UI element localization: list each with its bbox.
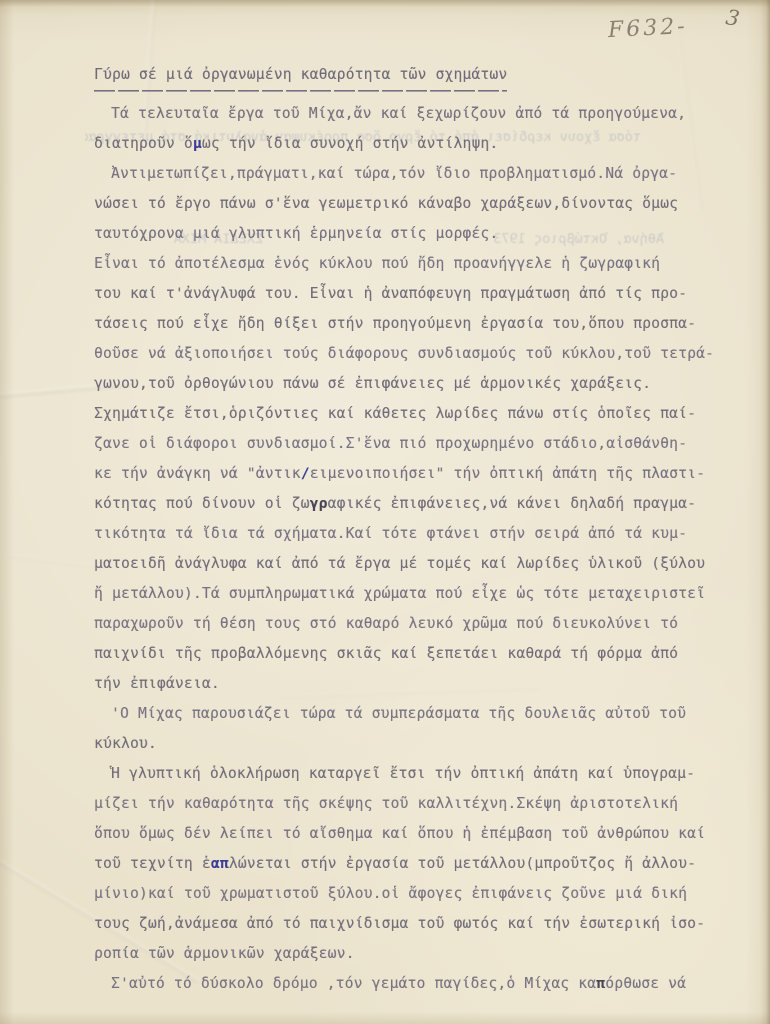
blue-ink-correction: απ bbox=[211, 855, 229, 872]
typed-line: ὅπου ὅμως δέν λείπει τό αἴσθημα καί ὅπου… bbox=[94, 819, 754, 849]
blue-ink-correction: μ bbox=[193, 135, 202, 152]
typed-line: τάσεις πού εἶχε ἤδη θίξει στήν προηγούμε… bbox=[94, 309, 754, 339]
typed-lines: Τά τελευταῖα ἔργα τοῦ Μίχα,ἄν καί ξεχωρί… bbox=[94, 99, 754, 999]
typed-line: θοῦσε νά ἀξιοποιήσει τούς διάφορους συνδ… bbox=[94, 339, 754, 369]
typed-line: κότητας πού δίνουν οἱ ζωγραφικές ἐπιφάνε… bbox=[94, 489, 754, 519]
typed-line: ταυτόχρονα μιά γλυπτική ἑρμηνεία στίς μο… bbox=[94, 219, 754, 249]
typed-line: γωνου,τοῦ ὀρθογώνιου πάνω σέ ἐπιφάνειες … bbox=[94, 369, 754, 399]
typed-line: 'Ο Μίχας παρουσιάζει τώρα τά συμπεράσματ… bbox=[94, 699, 754, 729]
overstruck-character: π bbox=[596, 975, 605, 992]
typed-line: παιχνίδι τῆς προβαλλόμενης σκιᾶς καί ξεπ… bbox=[94, 639, 754, 669]
typed-line: τικότητα τά ἴδια τά σχήματα.Καί τότε φτά… bbox=[94, 519, 754, 549]
typed-line: Ἡ γλυπτική ὁλοκλήρωση καταργεῖ ἔτσι τήν … bbox=[94, 759, 754, 789]
typed-line: κε τήν ἀνάγκη νά "ἀντικ/ειμενοιποιήσει" … bbox=[94, 459, 754, 489]
typed-line: μίνιο)καί τοῦ χρωματιστοῦ ξύλου.οἱ ἄφογε… bbox=[94, 879, 754, 909]
typed-line: νώσει τό ἔργο πάνω σ'ἕνα γεωμετρικό κάνα… bbox=[94, 189, 754, 219]
typed-line: τήν ἐπιφάνεια. bbox=[94, 669, 754, 699]
typed-line: Εἶναι τό ἀποτέλεσμα ἑνός κύκλου πού ἤδη … bbox=[94, 249, 754, 279]
typed-line: του καί τ'ἀνάγλυφά του. Εἶναι ἡ ἀναπόφευ… bbox=[94, 279, 754, 309]
typed-line: ζανε οἱ διάφοροι συνδιασμοί.Σ'ἕνα πιό πρ… bbox=[94, 429, 754, 459]
typed-line: Σχημάτιζε ἔτσι,ὁριζόντιες καί κάθετες λω… bbox=[94, 399, 754, 429]
typed-line: μίζει τήν καθαρότητα τῆς σκέψης τοῦ καλλ… bbox=[94, 789, 754, 819]
typed-line: ματοειδῆ ἀνάγλυφα καί ἀπό τά ἔργα μέ τομ… bbox=[94, 549, 754, 579]
blue-ink-correction: / bbox=[301, 465, 310, 482]
overstruck-character: γρ bbox=[310, 495, 328, 512]
typed-line: παραχωροῦν τή θέση τους στό καθαρό λευκό… bbox=[94, 609, 754, 639]
typed-line: τοῦ τεχνίτη ἑαπλώνεται στήν ἐργασία τοῦ … bbox=[94, 849, 754, 879]
document-title: Γύρω σέ μιά ὀργανωμένη καθαρότητα τῶν σχ… bbox=[94, 64, 507, 92]
typed-line: κύκλου. bbox=[94, 729, 754, 759]
paper-crease bbox=[6, 554, 106, 569]
typed-line: ἤ μετάλλου).Τά συμπληρωματικά χρώματα πο… bbox=[94, 579, 754, 609]
archive-code-annotation: F632- bbox=[607, 14, 688, 43]
typed-line: διατηροῦν ὅμως τήν ἴδια συνοχή στήν ἀντί… bbox=[94, 129, 754, 159]
typed-line: Ἀντιμετωπίζει,πράγματι,καί τώρα,τόν ἴδιο… bbox=[94, 159, 754, 189]
typed-line: τους ζωή,ἀνάμεσα ἀπό τό παιχνίδισμα τοῦ … bbox=[94, 909, 754, 939]
typewritten-page: F632- 3 Γύρω σέ μιά ὀργανωμένη καθαρότητ… bbox=[0, 0, 770, 1024]
page-number-annotation: 3 bbox=[724, 5, 741, 31]
typed-line: Σ'αὐτό τό δύσκολο δρόμο ,τόν γεμάτο παγί… bbox=[94, 969, 754, 999]
typed-line: Τά τελευταῖα ἔργα τοῦ Μίχα,ἄν καί ξεχωρί… bbox=[94, 99, 754, 129]
typed-line: ροπία τῶν ἁρμονικῶν χαράξεων. bbox=[94, 939, 754, 969]
